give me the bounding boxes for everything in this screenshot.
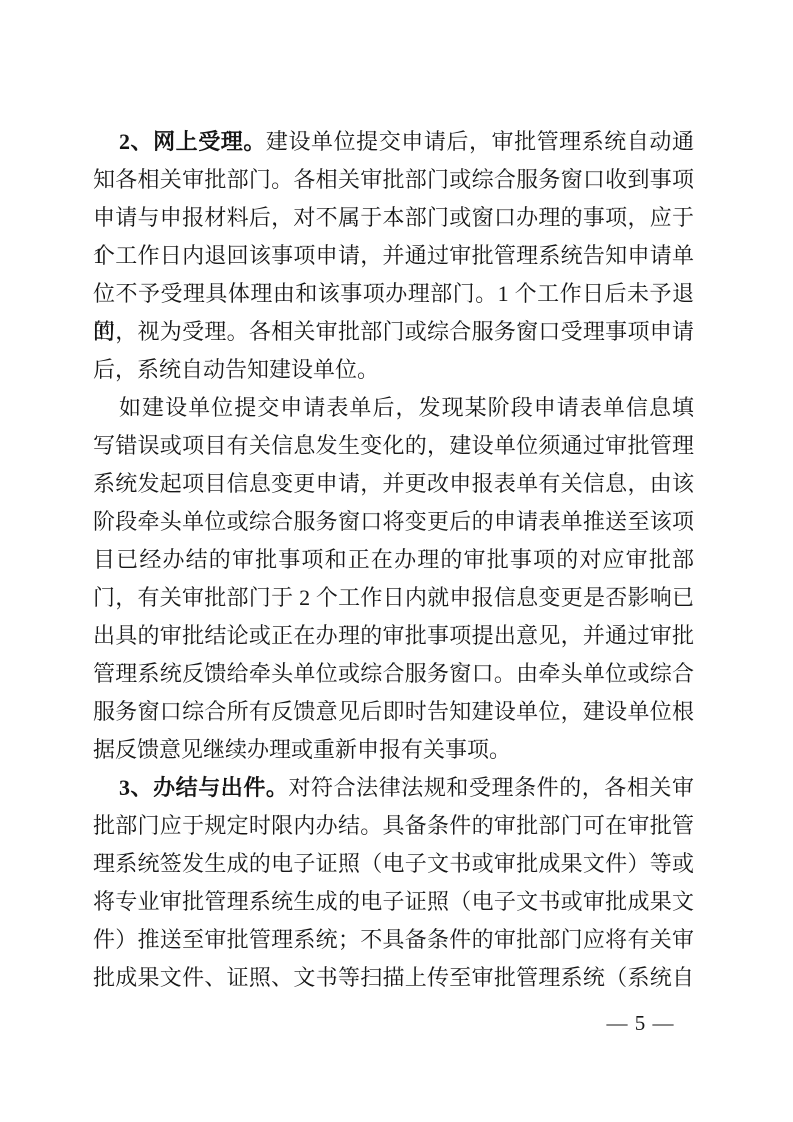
text-line: 个工作日内退回该事项申请，并通过审批管理系统告知申请单	[93, 237, 694, 275]
bold-run: 3、办结与出件。	[119, 775, 288, 800]
text-line: 的，视为受理。各相关审批部门或综合服务窗口受理事项申请	[93, 313, 694, 351]
text-run: 据反馈意见继续办理或重新申报有关事项。	[93, 737, 511, 762]
text-line: 申请与申报材料后，对不属于本部门或窗口办理的事项，应于 1	[93, 199, 694, 237]
text-line: 2、网上受理。建设单位提交申请后，审批管理系统自动通	[93, 123, 694, 161]
text-line: 据反馈意见继续办理或重新申报有关事项。	[93, 731, 694, 769]
bold-run: 2、网上受理。	[119, 129, 266, 154]
text-run: 如建设单位提交申请表单后，发现某阶段申请表单信息填	[119, 395, 694, 420]
text-run: 批部门应于规定时限内办结。具备条件的审批部门可在审批管	[93, 813, 694, 838]
text-line: 阶段牵头单位或综合服务窗口将变更后的申请表单推送至该项	[93, 503, 694, 541]
text-run: 理系统签发生成的电子证照（电子文书或审批成果文件）等或	[93, 851, 694, 876]
text-line: 将专业审批管理系统生成的电子证照（电子文书或审批成果文	[93, 883, 694, 921]
text-run: 门，有关审批部门于 2 个工作日内就申报信息变更是否影响已	[93, 585, 694, 610]
text-run: 系统发起项目信息变更申请，并更改申报表单有关信息，由该	[93, 471, 694, 496]
text-line: 批成果文件、证照、文书等扫描上传至审批管理系统（系统自	[93, 959, 694, 997]
text-line: 位不予受理具体理由和该事项办理部门。1 个工作日后未予退回	[93, 275, 694, 313]
text-line: 目已经办结的审批事项和正在办理的审批事项的对应审批部	[93, 541, 694, 579]
text-line: 管理系统反馈给牵头单位或综合服务窗口。由牵头单位或综合	[93, 655, 694, 693]
text-run: 写错误或项目有关信息发生变化的，建设单位须通过审批管理	[93, 433, 694, 458]
text-run: 管理系统反馈给牵头单位或综合服务窗口。由牵头单位或综合	[93, 661, 694, 686]
text-run: 目已经办结的审批事项和正在办理的审批事项的对应审批部	[93, 547, 694, 572]
text-line: 3、办结与出件。对符合法律法规和受理条件的，各相关审	[93, 769, 694, 807]
page-number: — 5 —	[600, 1008, 680, 1038]
text-line: 如建设单位提交申请表单后，发现某阶段申请表单信息填	[93, 389, 694, 427]
text-run: 的，视为受理。各相关审批部门或综合服务窗口受理事项申请	[93, 319, 694, 344]
text-line: 服务窗口综合所有反馈意见后即时告知建设单位，建设单位根	[93, 693, 694, 731]
text-line: 后，系统自动告知建设单位。	[93, 351, 694, 389]
text-run: 批成果文件、证照、文书等扫描上传至审批管理系统（系统自	[93, 965, 694, 990]
text-run: 个工作日内退回该事项申请，并通过审批管理系统告知申请单	[93, 243, 694, 268]
text-line: 件）推送至审批管理系统；不具备条件的审批部门应将有关审	[93, 921, 694, 959]
text-run: 知各相关审批部门。各相关审批部门或综合服务窗口收到事项	[93, 167, 694, 192]
text-run: 阶段牵头单位或综合服务窗口将变更后的申请表单推送至该项	[93, 509, 694, 534]
text-run: 出具的审批结论或正在办理的审批事项提出意见，并通过审批	[93, 623, 694, 648]
text-line: 理系统签发生成的电子证照（电子文书或审批成果文件）等或	[93, 845, 694, 883]
text-run: 建设单位提交申请后，审批管理系统自动通	[266, 129, 694, 154]
text-run: 将专业审批管理系统生成的电子证照（电子文书或审批成果文	[93, 889, 694, 914]
text-line: 写错误或项目有关信息发生变化的，建设单位须通过审批管理	[93, 427, 694, 465]
text-line: 知各相关审批部门。各相关审批部门或综合服务窗口收到事项	[93, 161, 694, 199]
document-body: 2、网上受理。建设单位提交申请后，审批管理系统自动通 知各相关审批部门。各相关审…	[93, 123, 694, 997]
text-run: 对符合法律法规和受理条件的，各相关审	[288, 775, 694, 800]
text-run: 服务窗口综合所有反馈意见后即时告知建设单位，建设单位根	[93, 699, 694, 724]
text-line: 系统发起项目信息变更申请，并更改申报表单有关信息，由该	[93, 465, 694, 503]
text-run: 后，系统自动告知建设单位。	[93, 357, 379, 382]
text-line: 出具的审批结论或正在办理的审批事项提出意见，并通过审批	[93, 617, 694, 655]
document-page: 2、网上受理。建设单位提交申请后，审批管理系统自动通 知各相关审批部门。各相关审…	[0, 0, 793, 1122]
text-line: 门，有关审批部门于 2 个工作日内就申报信息变更是否影响已	[93, 579, 694, 617]
text-run: 件）推送至审批管理系统；不具备条件的审批部门应将有关审	[93, 927, 694, 952]
text-line: 批部门应于规定时限内办结。具备条件的审批部门可在审批管	[93, 807, 694, 845]
